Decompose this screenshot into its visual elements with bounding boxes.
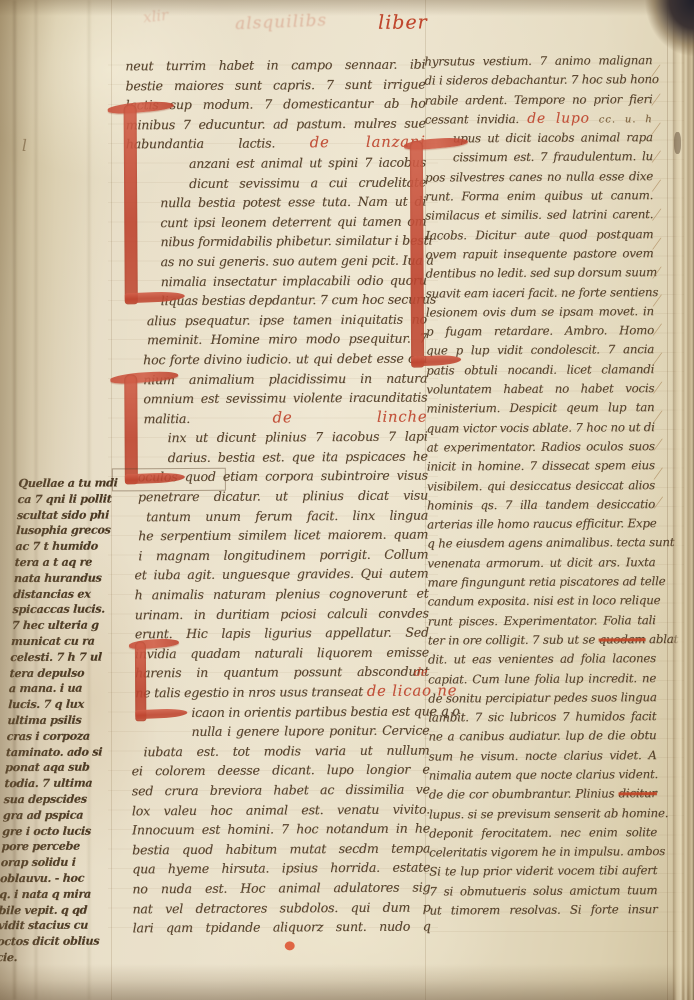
text-segment: meminit. Homine miro modo psequitur. 7: [147, 331, 427, 348]
gloss-line: ponat aqa sub: [5, 760, 110, 776]
text-segment: taminato. ado si: [6, 744, 103, 759]
manuscript-text-line: ministerium. Despicit qeum lup tan: [426, 398, 654, 419]
text-segment: nat vel detractores subdolos. qui dum p: [132, 899, 430, 916]
manuscript-text-line: qua hyeme hirsuta. ipsius horrida. estat…: [130, 858, 430, 879]
text-segment: visibilem. qui desiccatus desiccat alios: [427, 478, 655, 493]
text-segment: cunt ipsi leonem deterrent qui tamen om: [160, 213, 426, 230]
text-segment: ultima psilis: [7, 713, 82, 727]
text-segment: cras i corpoza: [6, 728, 90, 743]
manuscript-text-line: cissimum est. 7 fraudulentum. lu: [425, 148, 653, 169]
text-segment: 7 hec ulteria g: [11, 618, 99, 633]
text-segment: i magnam longitudinem porrigit. Collum: [138, 546, 428, 563]
struck-word: dicitur: [618, 786, 656, 800]
text-segment: darius. bestia est. que ita pspicaces he: [168, 448, 428, 465]
text-segment: ut timorem resolvas. Si forte insur: [429, 902, 657, 917]
gloss-line: q. i nata q mira: [0, 886, 104, 902]
text-segment: capiat. Cum lune folia lup incredit. ne: [428, 671, 656, 686]
gloss-line: cras i corpoza: [6, 728, 111, 744]
manuscript-text-line: lesionem ovis dum se ipsam movet. in: [426, 302, 654, 323]
manuscript-text-line: lupus. si se previsum senserit ab homine…: [429, 804, 657, 825]
text-segment: cessant invidia.: [425, 112, 528, 127]
manuscript-text-line: nat vel detractores subdolos. qui dum p: [130, 897, 430, 918]
gloss-line: cie.: [0, 949, 101, 965]
manuscript-text-line: tantum unum ferum facit. linx lingua: [128, 505, 428, 526]
text-segment: municat cu ra: [11, 634, 95, 649]
initial-stem-stroke: [410, 141, 424, 368]
text-segment: oblauvu. - hoc: [0, 871, 84, 886]
manuscript-text-line: hominis qs. 7 illa tandem desiccatio: [427, 495, 655, 516]
text-segment: scultat sido phi: [17, 507, 110, 522]
text-segment: iubata est. tot modis varia ut nullum: [143, 742, 429, 759]
text-segment: orap solidu i: [0, 855, 75, 869]
text-segment: malitia.: [143, 410, 272, 426]
text-segment: ei colorem deesse dicant. lupo longior e: [132, 762, 430, 779]
gloss-line: pore percebe: [1, 839, 106, 855]
manuscript-text-line: nulla bestia potest esse tuta. Nam ut di: [126, 192, 426, 213]
manuscript-text-line: ut timorem resolvas. Si forte insur: [429, 900, 657, 921]
manuscript-text-line: hyrsutus vestium. 7 animo malignan: [424, 51, 652, 72]
text-segment: habundantia lactis.: [126, 136, 310, 152]
manuscript-text-line: bestia quod habitum mutat secdm tempa: [130, 838, 430, 859]
text-segment: nulla bestia potest esse tuta. Nam ut di: [160, 194, 426, 211]
text-segment: q. i nata q mira: [0, 886, 91, 901]
text-segment: sua depscides: [3, 792, 87, 807]
text-segment: inx ut dicunt plinius 7 iacobus 7 lapi: [168, 429, 428, 446]
gloss-line: vidit stacius cu: [0, 918, 102, 934]
gloss-line: municat cu ra: [11, 633, 116, 649]
text-segment: bestie maiores sunt capris. 7 sunt irrig…: [125, 76, 425, 93]
manuscript-text-line: anzani est animal ut spini 7 iacobus: [126, 152, 426, 173]
text-segment: q he eiusdem agens animalibus. tecta sun…: [427, 535, 674, 551]
manuscript-text-line: as no sui generis. suo autem geni pcit. …: [126, 250, 426, 271]
text-segment: candum exposita. nisi est in loco reliqu…: [428, 593, 661, 608]
gloss-line: scultat sido phi: [16, 507, 121, 523]
text-segment: p fugam retardare. Ambro. Homo: [426, 323, 654, 338]
text-segment: liquas bestias depdantur. 7 cum hoc secu…: [161, 292, 436, 309]
text-segment: dentibus no ledit. sed sup dorsum suum: [426, 265, 657, 280]
manuscript-text-line: ne talis egestio in nros usus transeat d…: [129, 682, 429, 703]
text-segment: hyrsutus vestium. 7 animo malignan: [424, 53, 652, 68]
text-segment: inicit in homine. 7 dissecat spem eius: [427, 458, 655, 473]
manuscript-text-line: quam victor vocis ablate. 7 hoc no ut di: [427, 418, 655, 439]
gloss-line: a mana. i ua: [8, 681, 113, 697]
text-segment: qua hyeme hirsuta. ipsius horrida. estat…: [132, 860, 430, 877]
manuscript-text-line: nium animalium placidissimu in natura: [127, 368, 427, 389]
manuscript-text-line: inx ut dicunt plinius 7 iacobus 7 lapi: [128, 427, 428, 448]
text-segment: Iacobs. Dicitur aute quod postquam: [425, 227, 653, 242]
gloss-line: orap solidu i: [0, 855, 105, 871]
text-segment: invidia quadam naturali liquorem emisse: [135, 644, 429, 661]
manuscript-text-line: ovem rapuit insequente pastore ovem: [425, 244, 653, 265]
text-segment: no nuda est. Hoc animal adulatores sig: [132, 879, 430, 896]
text-segment: ca 7 qni li pollit: [17, 491, 112, 506]
text-segment: nimalia autem que nocte clarius vident.: [429, 767, 658, 782]
struck-word: quodam: [599, 632, 646, 646]
gloss-line: octos dicit oblius: [0, 934, 101, 950]
manuscript-text-line: hoc forte divino iudicio. ut qui debet e…: [127, 348, 427, 369]
text-segment: minibus 7 educuntur. ad pastum. mulres s…: [126, 115, 426, 132]
running-title: liber: [378, 11, 428, 33]
manuscript-text-line: alius psequatur. ipse tamen iniquitatis …: [127, 309, 427, 330]
gloss-line: oblauvu. - hoc: [0, 870, 104, 886]
manuscript-text-line: q he eiusdem agens animalibus. tecta sun…: [427, 534, 655, 555]
correction-box-outline: [112, 468, 226, 492]
text-segment: a mana. i ua: [9, 681, 83, 695]
text-segment: sum he visum. nocte clarius videt. A: [429, 748, 657, 763]
text-column-right: hyrsutus vestium. 7 animo malignandi i s…: [424, 51, 657, 921]
manuscript-text-line: de sonitu percipiatur pedes suos lingua: [428, 688, 656, 709]
text-segment: Quellae a tu mdi: [18, 475, 118, 490]
manuscript-text-line: venenata armorum. ut dicit ars. Iuxta: [427, 553, 655, 574]
text-segment: sed crura breviora habet ac dissimilia v…: [132, 781, 430, 798]
manuscript-text-line: inicit in homine. 7 dissecat spem eius: [427, 456, 655, 477]
margin-tick-marks: ╱╱╱╱╱╱╱╱╱╱╱╱╱╱╱╱: [652, 58, 661, 519]
text-segment: similacus et similis. sed latrini carent…: [425, 207, 653, 222]
manuscript-text-line: darius. bestia est. que ita pspicaces he: [128, 446, 428, 467]
manuscript-text-line: Innocuum est homini. 7 hoc notandum in h…: [130, 819, 430, 840]
gloss-line: distancias ex: [13, 586, 118, 602]
initial-stem-stroke: [124, 104, 138, 304]
text-segment: cie.: [0, 950, 18, 964]
faded-ghost-text: xlir: [142, 6, 169, 27]
manuscript-text-line: visibilem. qui desiccatus desiccat alios: [427, 476, 655, 497]
text-segment: ovem rapuit insequente pastore ovem: [425, 246, 653, 261]
gloss-line: ultima psilis: [7, 712, 112, 728]
text-segment: hominis qs. 7 illa tandem desiccatio: [427, 497, 655, 512]
text-segment: lambit. 7 sic lubricos 7 humidos facit: [428, 709, 656, 724]
gloss-line: celesti. 7 h 7 ul: [10, 649, 115, 665]
text-segment: rabile ardent. Tempore no prior fieri: [425, 92, 653, 107]
manuscript-text-line: urinam. in duritiam pciosi calculi convd…: [129, 603, 429, 624]
manuscript-text-line: pos silvestres canes no nulla esse dixe: [425, 167, 653, 188]
manuscript-text-line: at experimentator. Radios oculos suos: [427, 437, 655, 458]
manuscript-text-line: ne a canibus audiatur. lup de die obtu: [428, 727, 656, 748]
text-segment: pore percebe: [1, 839, 80, 853]
manuscript-text-line: nulla i genere lupore ponitur. Cervice: [129, 721, 429, 742]
text-segment: ablat: [645, 632, 678, 646]
text-column-left: neut turrim habet in campo sennaar. ibib…: [125, 55, 430, 939]
text-segment: lupus. si se previsum senserit ab homine…: [429, 806, 668, 821]
manuscript-text-line: lox valeu hoc animal est. venatu vivito.: [130, 799, 430, 820]
manuscript-text-line: 7 si obmutueris solus amictum tuum: [429, 881, 657, 902]
gloss-line: 7 hec ulteria g: [11, 618, 116, 634]
text-segment: de sonitu percipiatur pedes suos lingua: [428, 690, 657, 705]
text-segment: lesionem ovis dum se ipsam movet. in: [426, 304, 654, 319]
text-segment: todia. 7 ultima: [4, 776, 92, 791]
manuscript-text-line: i magnam longitudinem porrigit. Collum: [128, 544, 428, 565]
text-segment: dicunt sevissimu a cui crudelitate: [189, 174, 426, 190]
text-segment: arterias ille homo raucus efficitur. Exp…: [427, 516, 656, 531]
gloss-line: lucis. 7 q lux: [8, 697, 113, 713]
text-segment: que p lup vidit condolescit. 7 ancia: [426, 343, 654, 358]
manuscript-text-line: sum he visum. nocte clarius videt. A: [429, 746, 657, 767]
text-segment: nium animalium placidissimu in natura: [143, 370, 427, 387]
text-segment: nimalia insectatur implacabili odio quor…: [161, 272, 427, 289]
manuscript-text-line: habundantia lactis. de lanzani: [126, 133, 426, 154]
manuscript-text-line: cessant invidia. de lupo cc. u. h: [425, 109, 653, 130]
manuscript-text-line: et iuba agit. unguesque gravides. Qui au…: [128, 564, 428, 585]
manuscript-text-line: runt. Forma enim quibus ut canum.: [425, 186, 653, 207]
manuscript-text-line: cunt ipsi leonem deterrent qui tamen om: [126, 211, 426, 232]
gloss-line: todia. 7 ultima: [4, 776, 109, 792]
manuscript-text-line: patis obtuli nocandi. licet clamandi: [426, 360, 654, 381]
text-segment: bile vepit. q qd: [0, 902, 87, 917]
text-segment: hoc forte divino iudicio. ut qui debet e…: [143, 350, 427, 367]
text-segment: runt. Forma enim quibus ut canum.: [425, 188, 653, 203]
text-segment: lucis. 7 q lux: [8, 697, 84, 711]
text-segment: et iuba agit. unguesque gravides. Qui au…: [134, 566, 428, 583]
manuscript-text-line: malitia. de linche: [127, 407, 427, 428]
gloss-line: gra ad pspica: [3, 807, 108, 823]
manuscript-text-line: similacus et similis. sed latrini carent…: [425, 205, 653, 226]
manuscript-text-line: Si te lup prior viderit vocem tibi aufer…: [429, 862, 657, 883]
red-ink-dot: [285, 941, 295, 950]
gloss-line: ca 7 qni li pollit: [17, 491, 122, 507]
manuscript-text-line: dentibus no ledit. sed sup dorsum suum: [426, 263, 654, 284]
text-segment: Si te lup prior viderit vocem tibi aufer…: [429, 864, 657, 879]
text-segment: patis obtuli nocandi. licet clamandi: [426, 362, 654, 377]
text-segment: mare fingungunt retia piscatores ad tell…: [427, 574, 665, 589]
text-segment: alius psequatur. ipse tamen iniquitatis …: [147, 311, 427, 328]
manuscript-text-line: de die cor obumbrantur. Plinius dicitur: [429, 784, 657, 805]
text-segment: ponat aqa sub: [5, 760, 90, 775]
text-segment: ac 7 t humido: [15, 539, 98, 554]
manuscript-text-line: lari qam tpidande aliquorz sunt. nudo q: [131, 917, 431, 938]
text-segment: lox valeu hoc animal est. venatu vivito.: [132, 801, 430, 818]
text-segment: he serpentium similem licet maiorem. qua…: [138, 527, 428, 544]
text-segment: ministerium. Despicit qeum lup tan: [426, 400, 654, 415]
text-segment: tera depulso: [9, 665, 84, 679]
text-segment: harenis in quantum possunt abscondunt: [135, 664, 429, 681]
text-segment: ne a canibus audiatur. lup de die obtu: [428, 729, 656, 744]
text-segment: suavit eam iaceri facit. ne forte sentie…: [426, 285, 659, 300]
text-segment: distancias ex: [13, 586, 91, 600]
manuscript-text-line: nimalia autem que nocte clarius vident.: [429, 765, 657, 786]
gloss-line: bile vepit. q qd: [0, 902, 103, 918]
text-segment: nibus formidabilis phibetur. similatur i…: [160, 233, 432, 250]
manuscript-text-line: celeritatis vigorem he in impulsu. ambos: [429, 842, 657, 863]
stray-pen-mark: l: [22, 136, 27, 155]
manuscript-text-line: ter in ore colligit. 7 sub ut se quodam …: [428, 630, 656, 651]
manuscript-text-line: suavit eam iaceri facit. ne forte sentie…: [426, 283, 654, 304]
gloss-line: ac 7 t humido: [15, 539, 120, 555]
text-segment: venenata armorum. ut dicit ars. Iuxta: [427, 555, 655, 570]
text-segment: quam victor vocis ablate. 7 hoc no ut di: [427, 420, 655, 435]
manuscript-text-line: ei colorem deesse dicant. lupo longior e: [130, 760, 430, 781]
text-segment: neut turrim habet in campo sennaar. ibi: [125, 57, 425, 74]
text-segment: di i sideros debachantur. 7 hoc sub hono: [424, 72, 658, 87]
text-segment: lusophia grecos: [16, 523, 111, 538]
text-segment: cissimum est. 7 fraudulentum. lu: [453, 150, 653, 165]
text-segment: nata hurandus: [14, 570, 102, 585]
text-segment: lari qam tpidande aliquorz sunt. nudo q: [133, 919, 431, 936]
manuscript-text-line: omnium est sevissimu violente iracundita…: [127, 388, 427, 409]
text-segment: 7 si obmutueris solus amictum tuum: [429, 883, 657, 898]
gloss-line: sua depscides: [3, 791, 108, 807]
manuscript-text-line: nibus formidabilis phibetur. similatur i…: [126, 231, 426, 252]
manuscript-text-line: harenis in quantum possunt abscondunt: [129, 662, 429, 683]
manuscript-text-line: deponit ferocitatem. nec enim solite: [429, 823, 657, 844]
text-segment: bestia quod habitum mutat secdm tempa: [132, 840, 430, 857]
text-segment: anzani est animal ut spini 7 iacobus: [189, 154, 426, 170]
text-segment: de die cor obumbrantur. Plinius: [429, 787, 619, 802]
gloss-line: nata hurandus: [14, 570, 119, 586]
text-segment: upus ut dicit iacobs animal rapa: [453, 130, 653, 145]
text-segment: celesti. 7 h 7 ul: [10, 649, 102, 664]
chapter-rubric: de lupo: [527, 110, 590, 126]
manuscript-text-line: voluntatem habeat no habet vocis: [426, 379, 654, 400]
text-segment: omnium est sevissimu violente iracundita…: [143, 390, 427, 407]
manuscript-text-line: di i sideros debachantur. 7 hoc sub hono: [424, 70, 652, 91]
red-gutter-note: de: [414, 666, 428, 679]
text-segment: h animalis naturam plenius cognoverunt e…: [135, 586, 429, 603]
chapter-rubric: de linche: [273, 407, 428, 426]
text-segment: nulla i genere lupore ponitur. Cervice: [191, 723, 429, 739]
gloss-line: gre i octo lucis: [2, 823, 107, 839]
text-segment: celeritatis vigorem he in impulsu. ambos: [429, 844, 665, 859]
manuscript-text-line: mare fingungunt retia piscatores ad tell…: [427, 572, 655, 593]
page-content: xlir alsquilibs liber neut turrim habet …: [0, 0, 694, 1000]
text-segment: ne talis egestio in nros usus transeat: [135, 684, 367, 700]
manuscript-text-line: dit. ut eas venientes ad folia lacones: [428, 649, 656, 670]
manuscript-text-line: minibus 7 educuntur. ad pastum. mulres s…: [126, 113, 426, 134]
gloss-line: spicaccas lucis.: [12, 602, 117, 618]
text-segment: runt pisces. Experimentator. Folia tali: [428, 613, 656, 628]
text-segment: gra ad pspica: [3, 807, 84, 821]
text-segment: octos dicit oblius: [0, 934, 100, 949]
manuscript-text-line: candum exposita. nisi est in loco reliqu…: [428, 591, 656, 612]
text-segment: icaon in orientis partibus bestia est qu…: [191, 703, 459, 720]
manuscript-text-line: rabile ardent. Tempore no prior fieri: [425, 90, 653, 111]
text-segment: gre i octo lucis: [2, 823, 91, 838]
text-segment: ter in ore colligit. 7 sub ut se: [428, 632, 599, 647]
text-segment: Innocuum est homini. 7 hoc notandum in h…: [132, 821, 430, 838]
text-segment: tera a t aq re: [14, 555, 92, 569]
manuscript-text-line: he serpentium similem licet maiorem. qua…: [128, 525, 428, 546]
text-segment: at experimentator. Radios oculos suos: [427, 439, 655, 454]
text-segment: urinam. in duritiam pciosi calculi convd…: [135, 605, 429, 622]
gloss-line: taminato. ado si: [6, 744, 111, 760]
manuscript-text-line: sed crura breviora habet ac dissimilia v…: [130, 779, 430, 800]
manuscript-page: xlir alsquilibs liber neut turrim habet …: [0, 0, 694, 1000]
rubric-side-note: cc. u. h: [590, 114, 653, 125]
manuscript-text-line: bestie maiores sunt capris. 7 sunt irrig…: [125, 74, 425, 95]
manuscript-text-line: nimalia insectatur implacabili odio quor…: [127, 270, 427, 291]
manuscript-text-line: arterias ille homo raucus efficitur. Exp…: [427, 514, 655, 535]
text-segment: vidit stacius cu: [0, 918, 88, 933]
manuscript-text-line: p fugam retardare. Ambro. Homo: [426, 321, 654, 342]
text-segment: voluntatem habeat no habet vocis: [426, 381, 654, 396]
text-segment: pos silvestres canes no nulla esse dixe: [425, 169, 653, 184]
margin-gloss: Quellae a tu mdica 7 qni li pollitsculta…: [0, 475, 123, 965]
gloss-line: Quellae a tu mdi: [18, 475, 123, 491]
manuscript-text-line: no nuda est. Hoc animal adulatores sig: [130, 877, 430, 898]
text-segment: tantum unum ferum facit. linx lingua: [146, 507, 428, 524]
faded-ghost-text: alsquilibs: [235, 11, 328, 35]
text-segment: as no sui generis. suo autem geni pcit. …: [160, 252, 433, 269]
text-segment: spicaccas lucis.: [12, 602, 105, 617]
manuscript-text-line: capiat. Cum lune folia lup incredit. ne: [428, 669, 656, 690]
manuscript-text-line: Iacobs. Dicitur aute quod postquam: [425, 225, 653, 246]
manuscript-text-line: meminit. Homine miro modo psequitur. 7: [127, 329, 427, 350]
text-segment: erunt. Hic lapis ligurius appellatur. Se…: [135, 625, 429, 642]
gloss-line: tera a t aq re: [14, 554, 119, 570]
gloss-line: lusophia grecos: [16, 523, 121, 539]
manuscript-text-line: dicunt sevissimu a cui crudelitate: [126, 172, 426, 193]
manuscript-text-line: neut turrim habet in campo sennaar. ibi: [125, 55, 425, 76]
manuscript-text-line: runt pisces. Experimentator. Folia tali: [428, 611, 656, 632]
manuscript-text-line: iubata est. tot modis varia ut nullum: [129, 740, 429, 761]
text-segment: deponit ferocitatem. nec enim solite: [429, 825, 657, 840]
manuscript-text-line: h animalis naturam plenius cognoverunt e…: [129, 584, 429, 605]
gloss-line: tera depulso: [9, 665, 114, 681]
text-segment: dit. ut eas venientes ad folia lacones: [428, 651, 656, 666]
manuscript-text-line: lambit. 7 sic lubricos 7 humidos facit: [428, 707, 656, 728]
